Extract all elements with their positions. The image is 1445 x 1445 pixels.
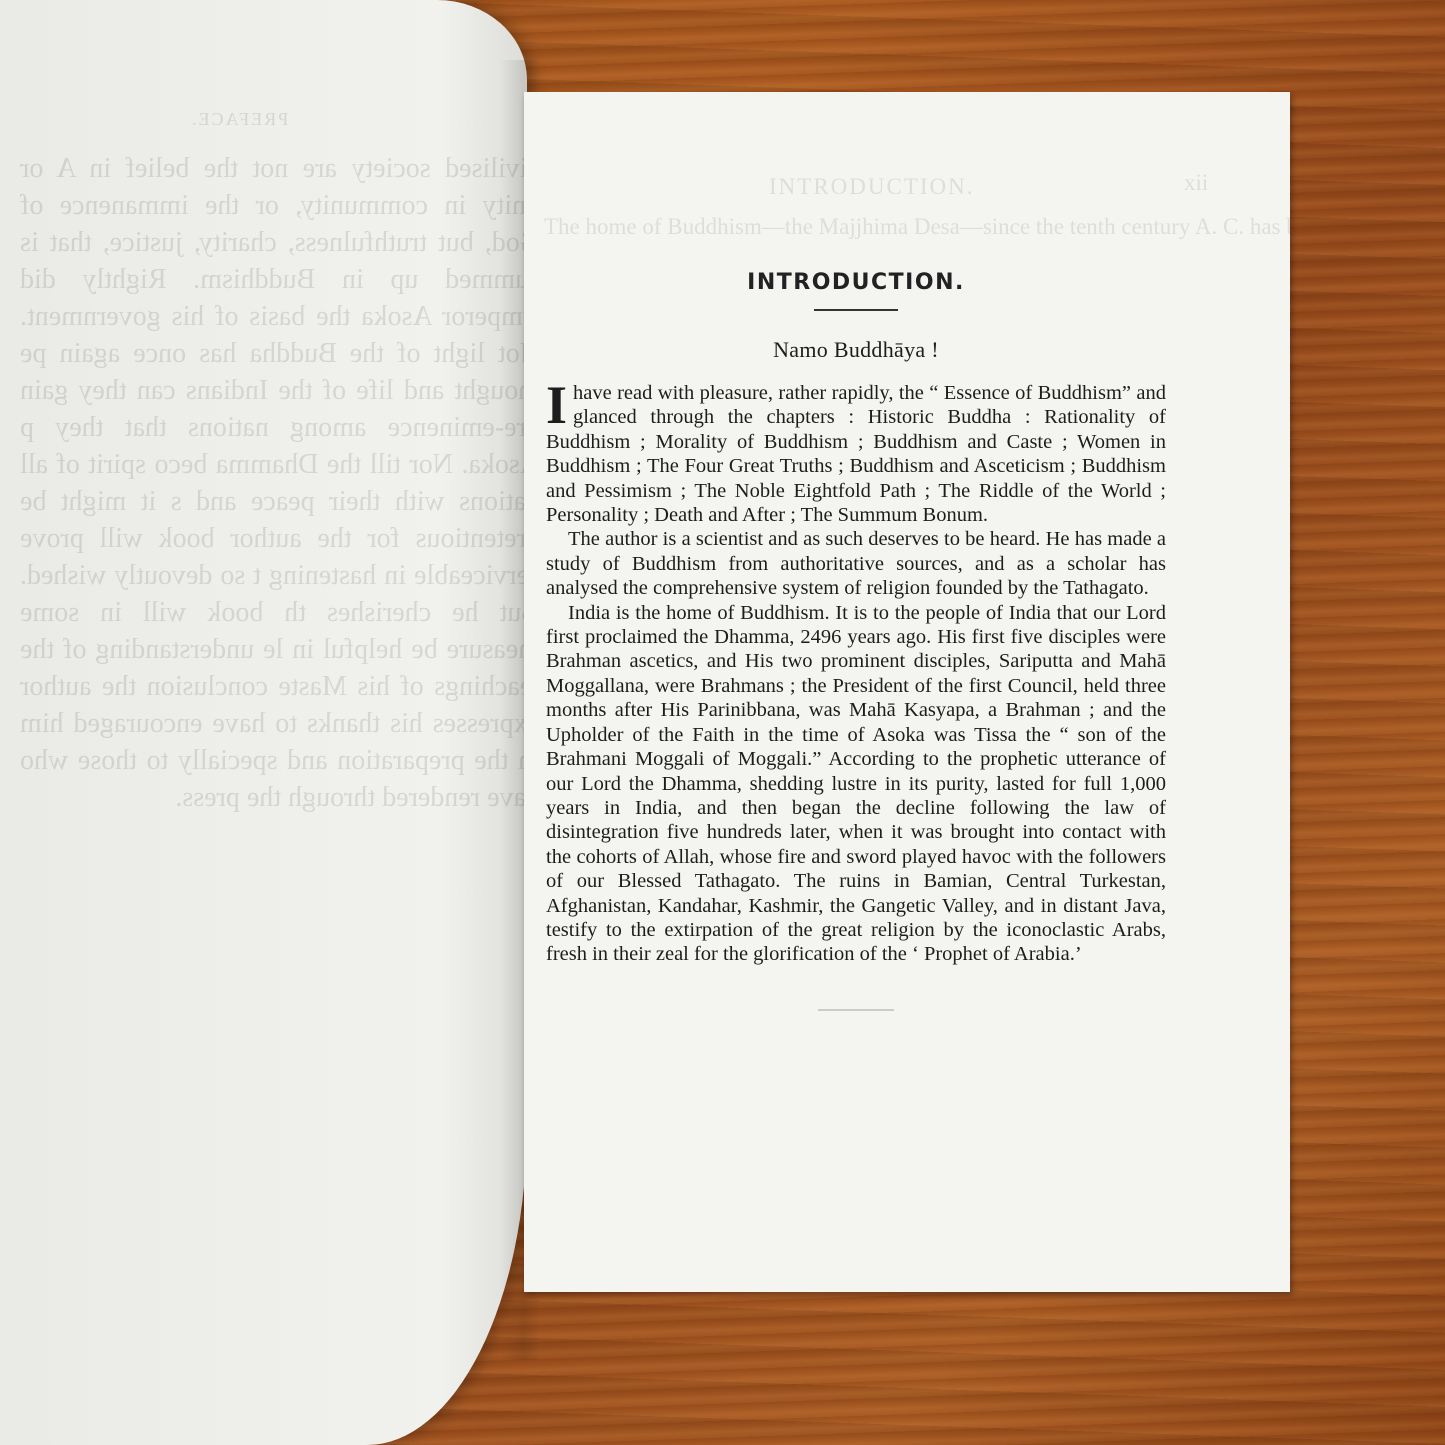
paragraph-2: The author is a scientist and as such de… xyxy=(546,527,1166,600)
bleed-through-page-number: xii xyxy=(1184,170,1208,195)
bleed-through-header: INTRODUCTION. xyxy=(769,174,975,199)
left-book-page: PREFACE. civilised society are not the b… xyxy=(0,0,527,1445)
left-page-body-bleed: civilised society are not the belief in … xyxy=(20,150,527,816)
drop-cap: I xyxy=(546,383,567,427)
paragraph-1: I have read with pleasure, rather rapidl… xyxy=(546,381,1166,527)
page-title: INTRODUCTION. xyxy=(546,270,1166,295)
paragraph-3: India is the home of Buddhism. It is to … xyxy=(546,601,1166,967)
introduction-text-column: INTRODUCTION. Namo Buddhāya ! I have rea… xyxy=(546,262,1166,1011)
title-divider xyxy=(814,309,898,311)
end-divider xyxy=(818,1009,894,1011)
left-page-header-bleed: PREFACE. xyxy=(190,100,288,138)
salutation: Namo Buddhāya ! xyxy=(546,337,1166,363)
paragraph-1-text: have read with pleasure, rather rapidly,… xyxy=(546,382,1166,526)
right-book-page: INTRODUCTION. xii The home of Buddhism—t… xyxy=(524,92,1290,1292)
bleed-through-body: The home of Buddhism—the Majjhima Desa—s… xyxy=(544,214,1164,239)
